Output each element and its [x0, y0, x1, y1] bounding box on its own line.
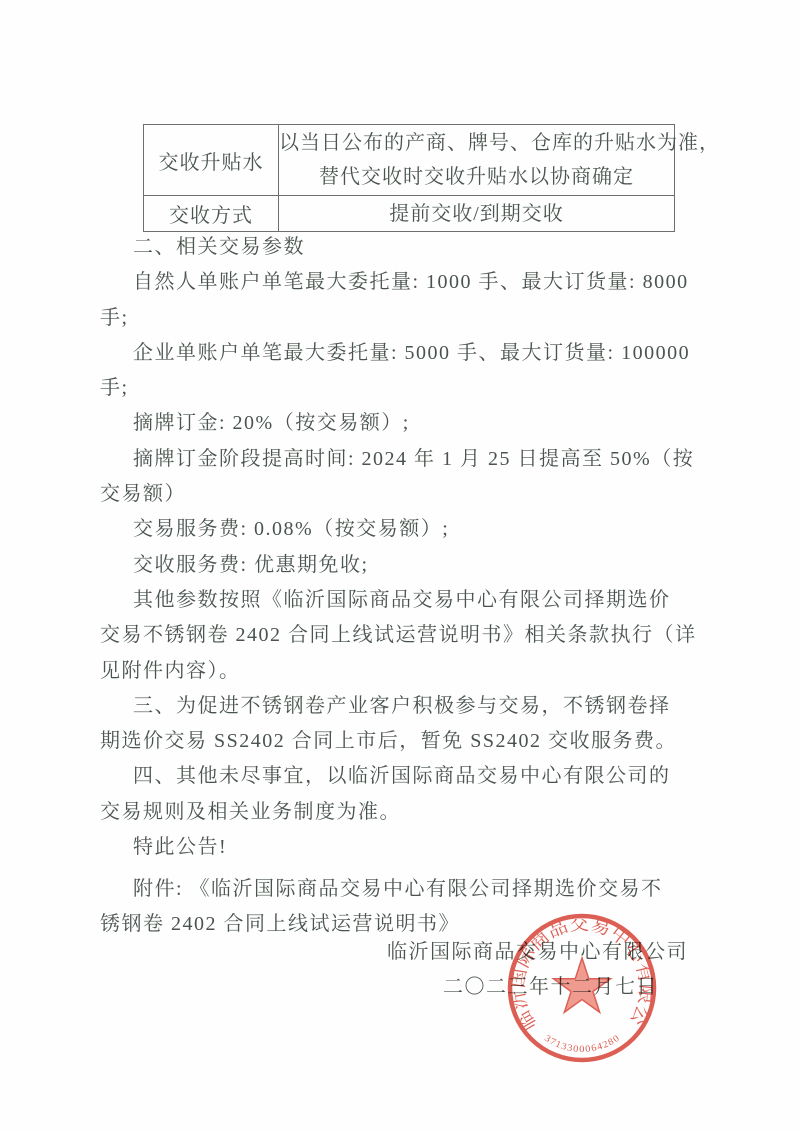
body-line: 见附件内容）。 — [100, 654, 700, 689]
body-line: 交易额） — [100, 477, 700, 512]
term-value-line: 提前交收/到期交收 — [279, 197, 674, 231]
term-label: 交收方式 — [144, 196, 279, 232]
body-line: 四、其他未尽事宜，以临沂国际商品交易中心有限公司的 — [100, 759, 700, 794]
attachment-line: 附件: 《临沂国际商品交易中心有限公司择期选价交易不 — [100, 872, 700, 907]
body-line: 企业单账户单笔最大委托量: 5000 手、最大订货量: 100000 — [100, 336, 700, 371]
term-value-line: 替代交收时交收升贴水以协商确定 — [279, 160, 674, 194]
term-value: 以当日公布的产商、牌号、仓库的升贴水为准， 替代交收时交收升贴水以协商确定 — [279, 125, 675, 196]
document-page: 交收升贴水 以当日公布的产商、牌号、仓库的升贴水为准， 替代交收时交收升贴水以协… — [0, 0, 800, 1131]
body-line: 手; — [100, 371, 700, 406]
body-line: 其他参数按照《临沂国际商品交易中心有限公司择期选价 — [100, 583, 700, 618]
term-label-text: 交收升贴水 — [159, 152, 264, 174]
table-row: 交收升贴水 以当日公布的产商、牌号、仓库的升贴水为准， 替代交收时交收升贴水以协… — [144, 125, 675, 196]
body-line: 交易不锈钢卷 2402 合同上线试运营说明书》相关条款执行（详 — [100, 618, 700, 653]
body-line: 摘牌订金: 20%（按交易额）; — [100, 406, 700, 441]
contract-terms-table: 交收升贴水 以当日公布的产商、牌号、仓库的升贴水为准， 替代交收时交收升贴水以协… — [143, 124, 675, 232]
body-line: 交易服务费: 0.08%（按交易额）; — [100, 512, 700, 547]
body-line: 期选价交易 SS2402 合同上市后，暂免 SS2402 交收服务费。 — [100, 724, 700, 759]
closing-line: 特此公告! — [100, 830, 700, 865]
body-line: 摘牌订金阶段提高时间: 2024 年 1 月 25 日提高至 50%（按 — [100, 442, 700, 477]
body-line: 交易规则及相关业务制度为准。 — [100, 795, 700, 830]
body-line: 自然人单账户单笔最大委托量: 1000 手、最大订货量: 8000 — [100, 265, 700, 300]
term-value: 提前交收/到期交收 — [279, 196, 675, 232]
term-value-line: 以当日公布的产商、牌号、仓库的升贴水为准， — [279, 126, 674, 160]
table-row: 交收方式 提前交收/到期交收 — [144, 196, 675, 232]
body-line: 三、为促进不锈钢卷产业客户积极参与交易，不锈钢卷择 — [100, 689, 700, 724]
body-line: 交收服务费: 优惠期免收; — [100, 548, 700, 583]
term-label-text: 交收方式 — [169, 205, 253, 227]
term-label: 交收升贴水 — [144, 125, 279, 196]
official-seal: 临沂国际商品交易中心有限公司 3713300064280 — [502, 908, 662, 1068]
section-heading: 二、相关交易参数 — [100, 230, 700, 265]
body-line: 手; — [100, 301, 700, 336]
seal-star — [553, 958, 610, 1012]
announcement-body: 二、相关交易参数 自然人单账户单笔最大委托量: 1000 手、最大订货量: 80… — [100, 230, 700, 865]
